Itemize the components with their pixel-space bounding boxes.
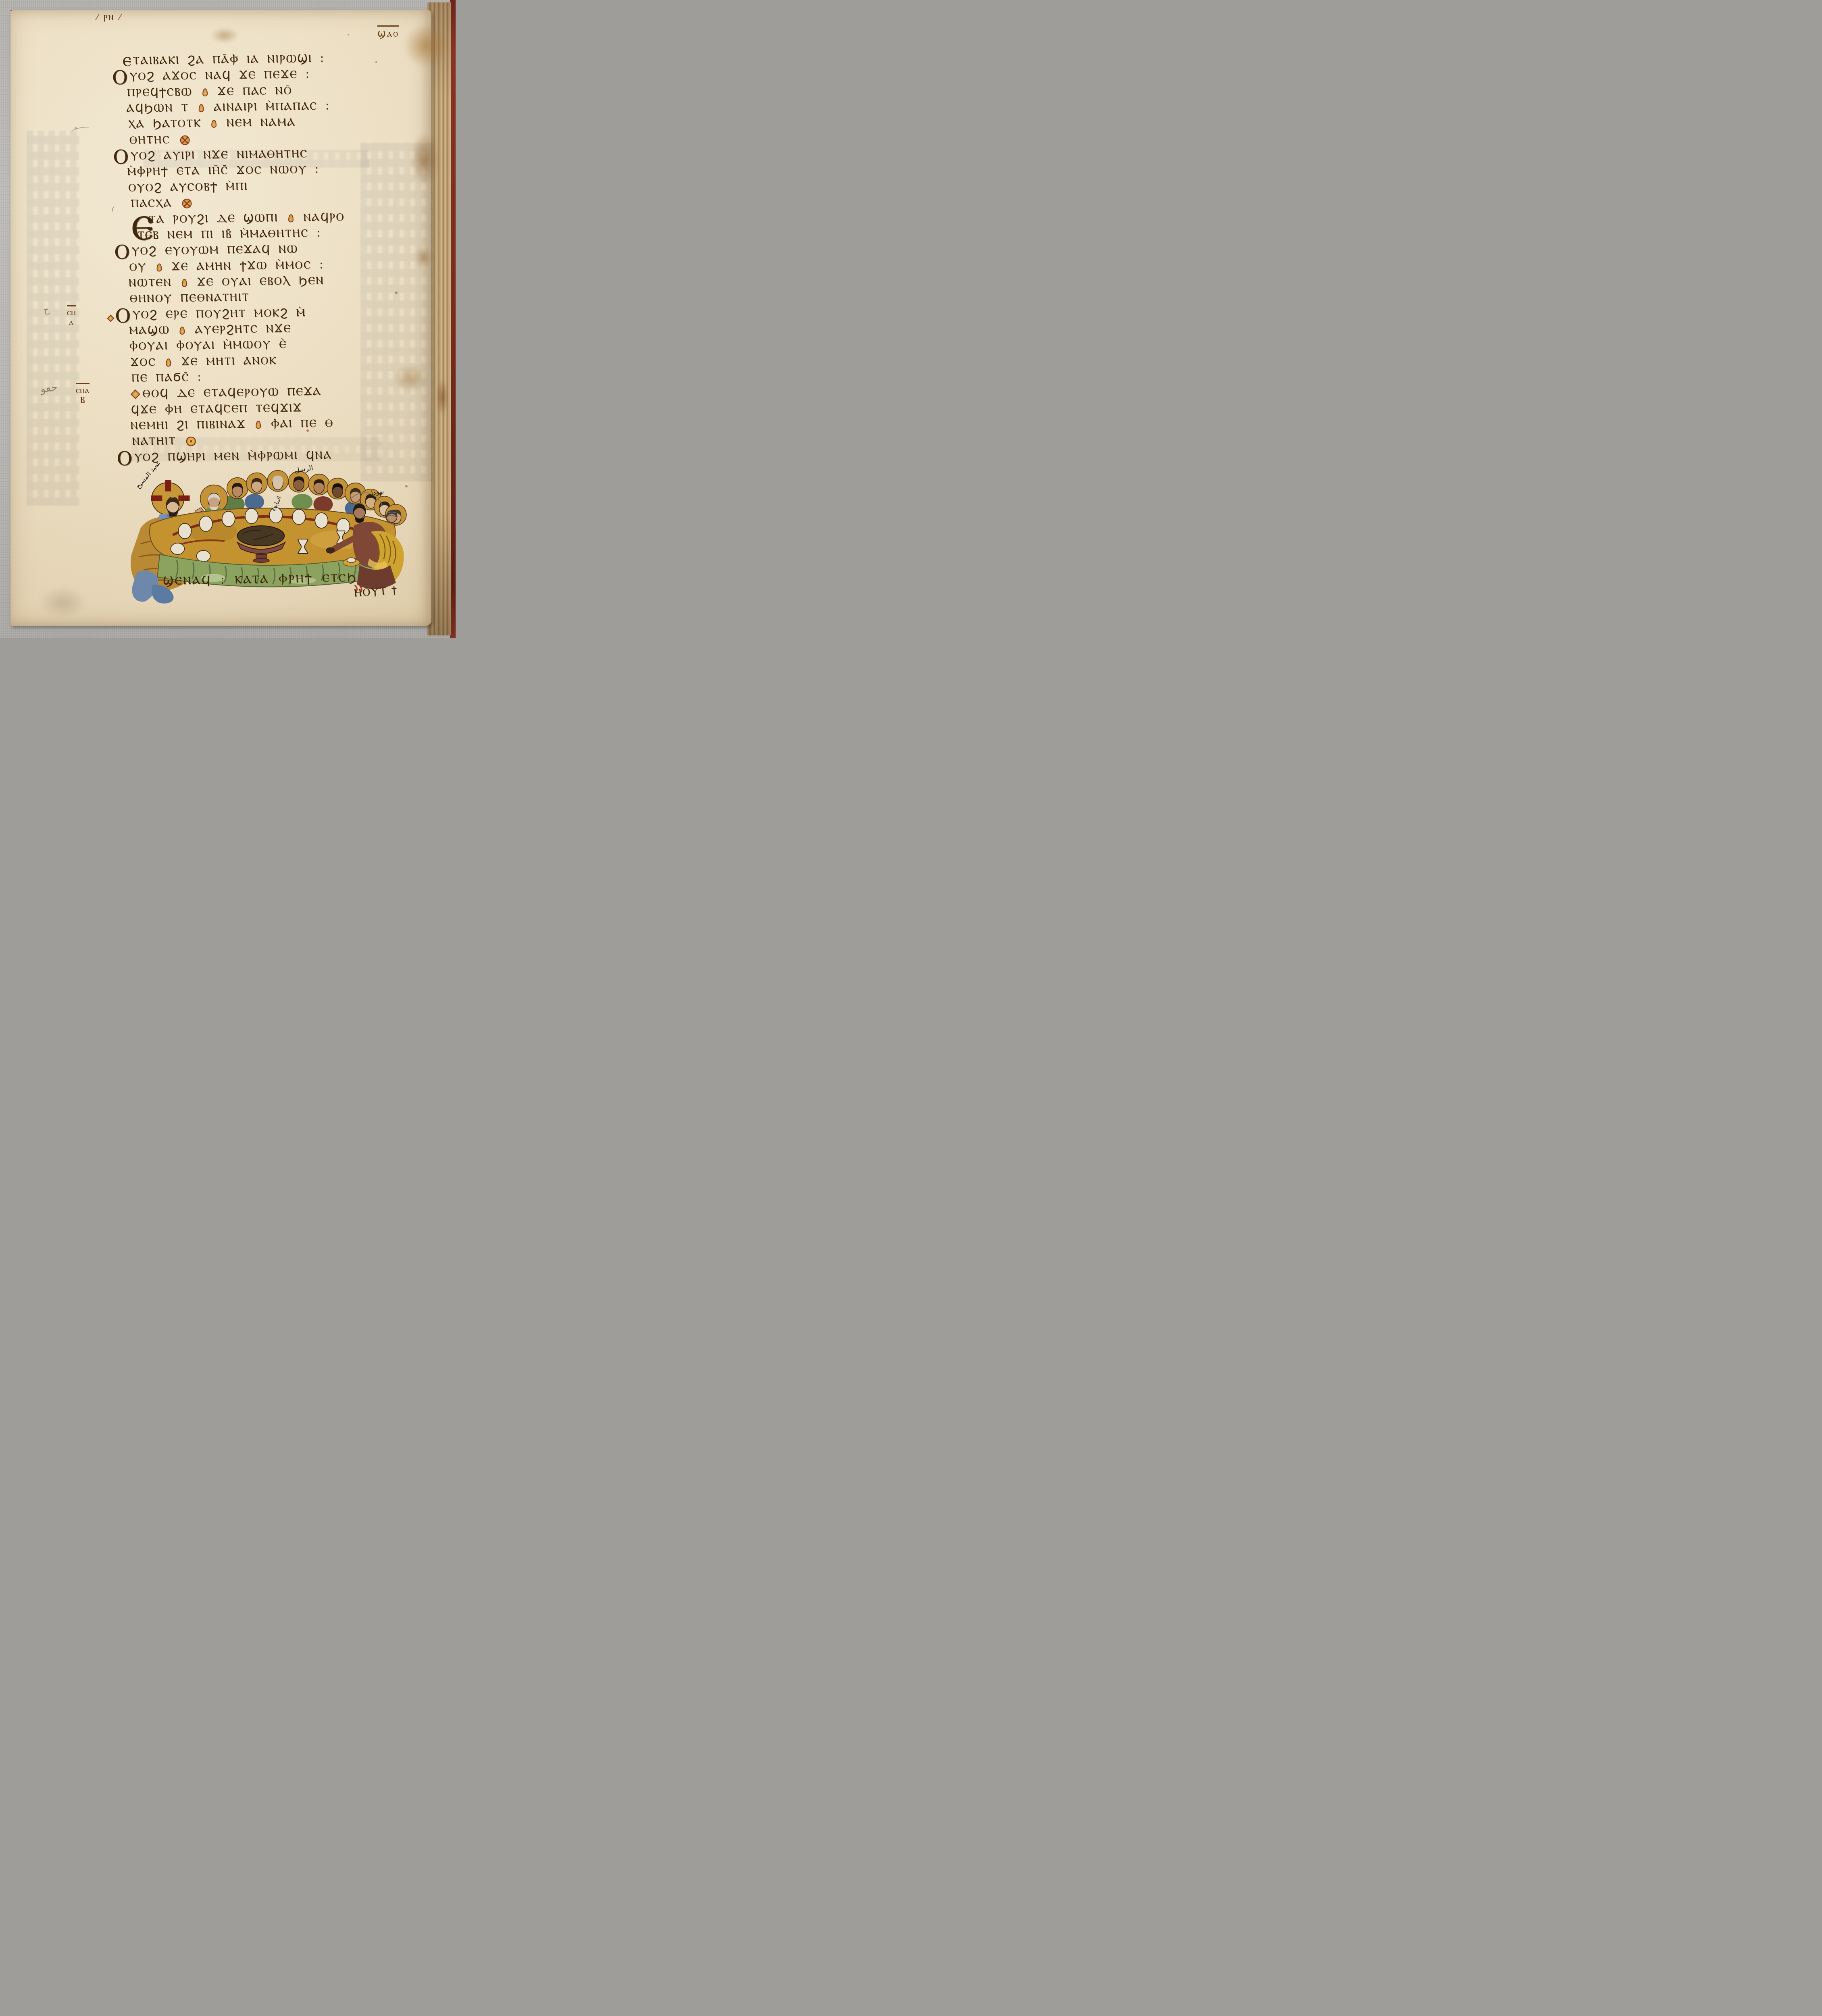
initial-letter: Ⲟ — [115, 246, 131, 257]
folio-number-text: ⲣⲛ — [104, 10, 115, 23]
margin-section-number: ⲥⲡⲁ Ⲃ — [76, 386, 90, 405]
coptic-text-line: ⲠⲈ ⲠⲀϬ̄Ⲥ̄ : — [131, 371, 202, 388]
pen-flourish — [71, 125, 90, 135]
inline-ornament — [166, 358, 171, 367]
inline-ornament — [256, 421, 261, 429]
folio-number: ∕ⲣⲛ∕ — [92, 10, 126, 23]
coptic-text-line: ⲞⲨⲞϨ ⲀⲨⲒⲢⲒ ⲚϪⲈ ⲚⲒⲘⲀⲐⲎⲦⲎⲤ — [127, 148, 308, 166]
inline-ornament — [186, 436, 196, 446]
inline-ornament — [182, 198, 192, 208]
inline-ornament — [199, 104, 204, 112]
bleed-through-text — [360, 143, 433, 481]
initial-letter: Ⲟ — [112, 71, 129, 83]
initial-letter: Ⲟ — [117, 452, 133, 464]
margin-section-number: ⲥⲡ ⲁ — [67, 308, 76, 327]
ink-specks — [10, 10, 12, 11]
quire-mark: ϣⲁⲑ — [377, 27, 399, 40]
coptic-text-line: ⲀϤϦⲰⲚ Ⲧ ⲀⲒⲚⲀⲒⲢⲒ Ⲙ̀ⲠⲀⲠⲀⲤ : — [126, 100, 330, 118]
section-sub: Ⲃ — [76, 396, 90, 405]
initial-ornament — [131, 389, 140, 399]
coptic-text-line: ⲞⲨⲞϨ ⲈⲨⲞⲨⲰⲘ ⲠⲈϪⲀϤ ⲚⲰ — [128, 243, 298, 261]
coptic-text-line: ⲚⲀⲦⲎⲒⲦ — [132, 434, 198, 451]
stain — [39, 586, 87, 619]
coptic-text-line: ⲪⲞⲨⲀⲒ ⲪⲞⲨⲀⲒ Ⲙ̀ⲘⲰⲞⲨ Ⲉ̀ — [129, 338, 287, 356]
coptic-text-line: ⲞⲨⲞϨ ⲀⲨⲤⲞⲂϮ Ⲙ̀ⲠⲒ — [128, 180, 248, 198]
quire-mark-text: ϣⲁⲑ — [377, 25, 399, 39]
fore-edge-stain — [436, 379, 448, 415]
section-sub: ⲁ — [67, 318, 76, 327]
stain — [393, 364, 429, 393]
coptic-text-line: ⲚⲰⲦⲈⲚ ϪⲈ ⲞⲨⲀⲒ ⲈⲂⲞⲖ ϦⲈⲚ — [129, 275, 325, 293]
inline-ornament — [180, 326, 185, 334]
coptic-text-line: ⲚⲈⲘⲎⲒ ϨⲒ ⲠⲒⲂⲒⲚⲀϪ ⲪⲀⲒ ⲠⲈ Ⲑ — [130, 417, 334, 435]
caption-apostles: الرسل — [294, 464, 314, 475]
coptic-text-line: ⲬⲀ ϦⲀⲦⲞⲦⲔ ⲚⲈⲘ ⲚⲀⲘⲀ — [128, 116, 296, 134]
book-cover-edge — [450, 0, 456, 638]
stain — [414, 246, 433, 270]
inline-ornament — [211, 119, 217, 127]
inline-ornament — [156, 263, 162, 271]
coptic-text-line: Ⲙ̀ⲪⲢⲎϮ ⲈⲦⲀ ⲒⲎ̄Ⲥ̄ ϪⲞⲤ ⲚⲰⲞⲨ : — [127, 163, 319, 182]
pen-flourish — [111, 206, 117, 213]
inline-ornament — [202, 88, 208, 96]
coptic-text-line: ⲐⲎⲦⲎⲤ — [129, 133, 192, 150]
manuscript-photo: ∕ⲣⲛ∕ ϣⲁⲑ ⲈⲦⲀⲒⲂⲀⲔⲒ ϨⲀ ⲠⲀ̄Ⲫ̄ ⲒⲀ ⲚⲒⲢⲰϢⲒ :ⲞⲨ… — [0, 0, 456, 638]
coptic-text-line: ⲞⲨⲞϨ ⲀϪⲞⲤ ⲚⲀϤ ϪⲈ ⲠⲈϪⲈ : — [126, 68, 310, 87]
coptic-text-line: ⲠⲢⲈϤϮⲤⲂⲰ ϪⲈ ⲠⲀⲤ ⲚⲞ̄ — [127, 85, 292, 103]
tick-mark: ∕ — [95, 12, 100, 22]
coptic-text-line: ⲦⲈⲂ ⲚⲈⲘ ⲠⲒ ⲒⲂ̄ Ⲙ̀ⲘⲀⲐⲎⲦⲎⲤ : — [137, 227, 321, 246]
coptic-text-line: ϤϪⲈ ⲪⲎ ⲈⲦⲀϤⲤⲈⲠ ⲦⲈϤϪⲒϪ — [131, 402, 302, 420]
inline-ornament — [288, 214, 294, 222]
section-label: ⲥⲡⲁ — [76, 383, 90, 396]
coptic-text-line: ⲐⲎⲚⲞⲨ ⲠⲈⲐⲚⲀⲦⲎⲒⲦ — [129, 291, 250, 309]
coptic-text-line: ⲘⲀϢⲰ ⲀⲨⲈⲢϨⲎⲦⲤ ⲚϪⲈ — [129, 323, 292, 341]
coptic-text-line: ⲞⲨⲞϨ ⲈⲢⲈ ⲠⲞⲨϨⲎⲦ ⲘⲞⲔϨ Ⲙ̀ — [129, 306, 306, 325]
inline-ornament — [180, 135, 189, 145]
caption-judas: يهودا — [371, 487, 385, 497]
coptic-text-line: ϪⲞⲤ ϪⲈ ⲘⲎⲦⲒ ⲀⲚⲞⲔ — [130, 354, 277, 372]
margin-faint-mark: حڡو — [40, 381, 58, 396]
initial-letter: Ⲟ — [113, 151, 129, 162]
tick-mark: ∕ — [117, 12, 123, 22]
section-label: ⲥⲡ — [67, 305, 76, 318]
coptic-text-line: ⲐⲞϤ ⲆⲈ ⲈⲦⲀϤⲈⲢⲞⲨⲰ ⲠⲈϪⲀ — [130, 385, 322, 404]
stain — [210, 27, 239, 44]
initial-letter: Ⲟ — [115, 310, 131, 321]
inline-ornament — [182, 279, 187, 287]
